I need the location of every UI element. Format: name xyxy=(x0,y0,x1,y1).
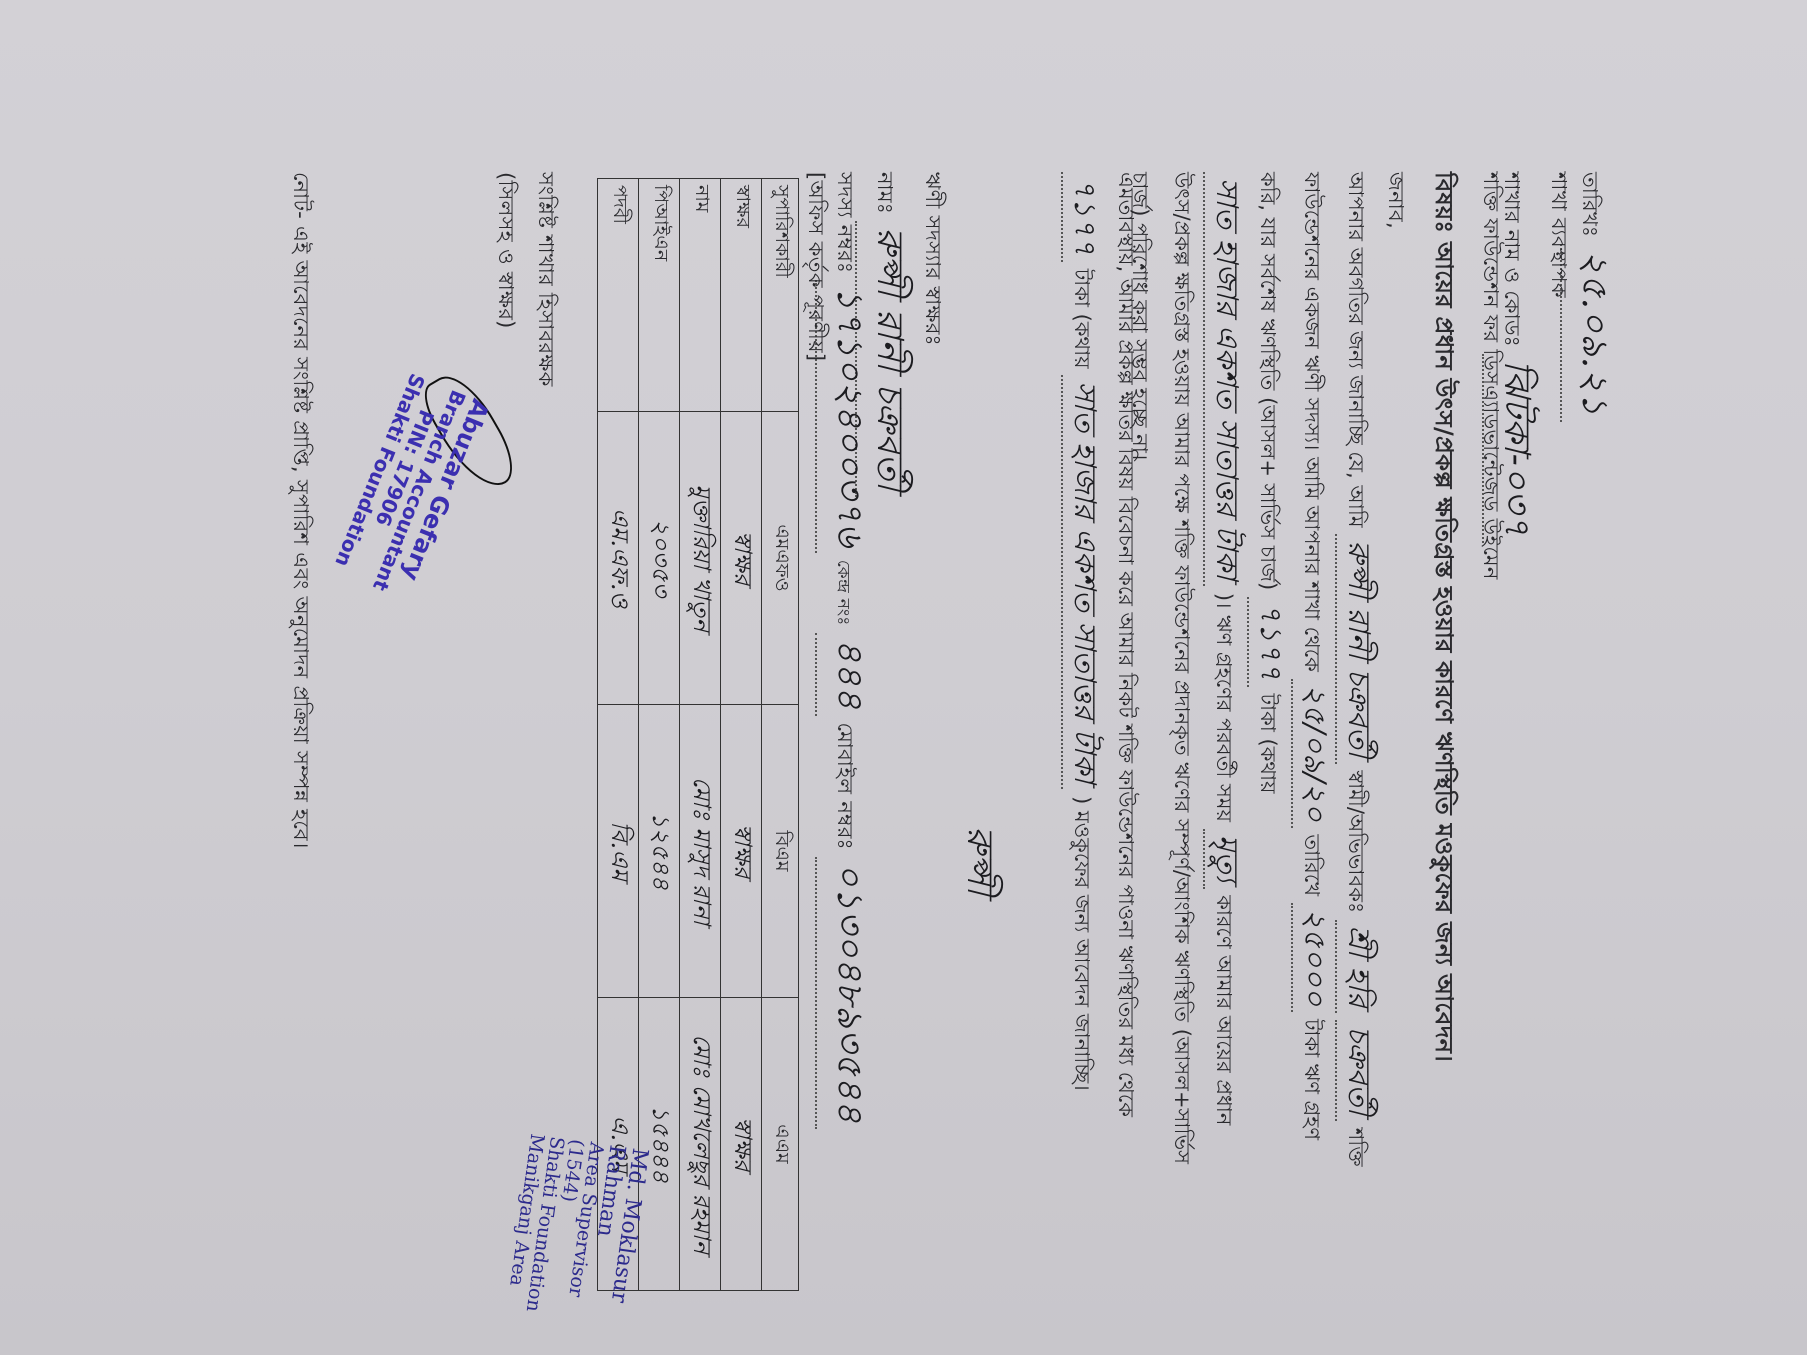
table-cell: ১২৫৪৪ xyxy=(639,705,680,998)
table-cell: স্বাক্ষর xyxy=(721,998,762,1291)
table-row: নামমুক্তারিয়া খাতুনমোঃ মাসুদ রানামোঃ মো… xyxy=(680,179,721,1291)
center-number-value: ৪৪৪ xyxy=(815,633,877,716)
table-cell: স্বাক্ষর xyxy=(721,412,762,705)
loan-amount-hw: ২৫০০০ xyxy=(1291,903,1335,1013)
body-paragraph-1: আপনার অবগতির জন্য জানাচ্ছি যে, আমি রুপ্স… xyxy=(1119,172,1379,1172)
member-name-hw: রুপ্সী রানী চক্রবর্তী xyxy=(1335,534,1379,763)
footer-note: নোট- এই আবেদনের সংশ্লিষ্ট প্রাপ্তি, সুপা… xyxy=(282,172,317,849)
row-label: পদবী xyxy=(598,179,639,412)
accountant-label: সংশ্লিষ্ট শাখার হিসাবরক্ষক xyxy=(527,172,562,387)
accountant-stamp: Abuzar Gefary Branch Accountant PIN: 179… xyxy=(328,370,494,603)
mobile-number-value: ০১৩০৪৮৯৩৫৪৪ xyxy=(815,857,877,1129)
loan-date-hw: ২৫/০৯/২০ xyxy=(1291,679,1335,828)
waiver-amount-hw: ৭১৭৭ xyxy=(1061,172,1105,262)
table-row: পদবীএম.এফ.ওবি.এমএ.এম xyxy=(598,179,639,1291)
table-cell: মোঃ মোখলেছুর রহমান xyxy=(680,998,721,1291)
table-row: পিআইএন২০৩৫৩১২৫৪৪১৫৪৪৪ xyxy=(639,179,680,1291)
table-cell: স্বাক্ষর xyxy=(721,705,762,998)
table-cell: মুক্তারিয়া খাতুন xyxy=(680,412,721,705)
application-page: তারিখঃ ২৫.০৯.২১ শাখা ব্যবস্থাপক শাখার না… xyxy=(0,0,1807,1355)
reason-hw: মৃত্যু xyxy=(1203,829,1247,889)
salutation: জনাব, xyxy=(1377,172,1412,229)
body-paragraph-2: এমতাবস্থায়, আমার প্রকল্প ক্ষতির বিষয় ব… xyxy=(1061,172,1147,1172)
balance-hw: ৭১৭৭ xyxy=(1247,597,1291,687)
recipient-line: শাখা ব্যবস্থাপক xyxy=(1540,172,1575,298)
member-signature: রুপ্সী xyxy=(947,820,1007,902)
column-header: এমএফও xyxy=(762,412,799,705)
table-cell: বি.এম xyxy=(598,705,639,998)
table-cell: ১৫৪৪৪ xyxy=(639,998,680,1291)
row-label: স্বাক্ষর xyxy=(721,179,762,412)
recommendation-table: সুপারিশকারীএমএফওবিএমএএমস্বাক্ষরস্বাক্ষরস… xyxy=(597,178,799,1291)
table-cell: এম.এফ.ও xyxy=(598,412,639,705)
area-supervisor-stamp: Md. Moklasur Rahman Area Supervisor (154… xyxy=(497,1132,652,1355)
table-row: সুপারিশকারীএমএফওবিএমএএম xyxy=(762,179,799,1291)
table-row: স্বাক্ষরস্বাক্ষরস্বাক্ষরস্বাক্ষর xyxy=(721,179,762,1291)
org-line: শক্তি ফাউন্ডেশন ফর ডিসএ্যাডভান্টেজড উইমে… xyxy=(1472,172,1507,580)
office-section-label: [অফিস কর্তৃক পূরণীয়] xyxy=(797,172,832,361)
column-header: বিএম xyxy=(762,705,799,998)
row-label: পিআইএন xyxy=(639,179,680,412)
subject-title: বিষয়ঃ আয়ের প্রধান উৎস/প্রকল্প ক্ষতিগ্র… xyxy=(1422,172,1462,1062)
column-header: এএম xyxy=(762,998,799,1291)
balance-words-hw: সাত হাজার একশত সাতাত্তর টাকা xyxy=(1203,172,1247,586)
table-cell: মোঃ মাসুদ রানা xyxy=(680,705,721,998)
table-cell: ২০৩৫৩ xyxy=(639,412,680,705)
guardian-hw: শ্রী হরি xyxy=(1335,920,1379,1014)
row-label: সুপারিশকারী xyxy=(762,179,799,412)
member-signature-label: ঋণী সদস্যার স্বাক্ষরঃ xyxy=(914,172,949,346)
row-label: নাম xyxy=(680,179,721,412)
location-hw: চক্রবর্তী xyxy=(1335,1020,1379,1121)
accountant-sublabel: (সিলসহ ও স্বাক্ষর) xyxy=(487,172,522,329)
waiver-words-hw: সাত হাজার একশত সাতাত্তর টাকা xyxy=(1061,375,1105,789)
